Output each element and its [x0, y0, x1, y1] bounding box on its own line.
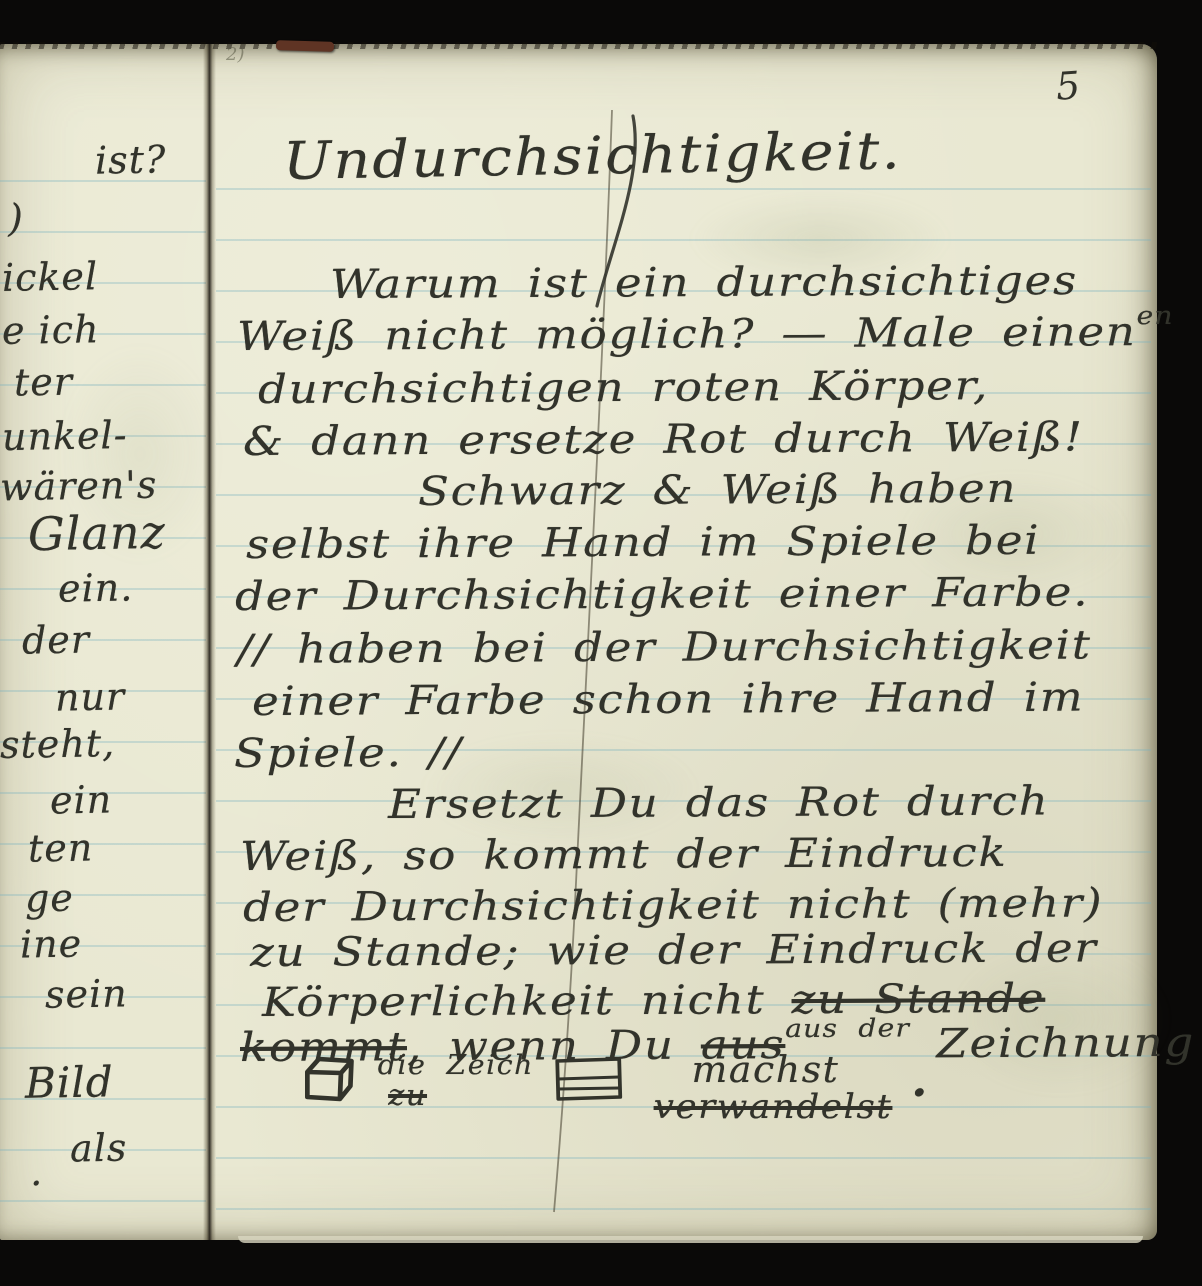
left-page-fragment: der	[22, 617, 91, 662]
handwriting-line: Ersetzt Du das Rot durch	[388, 778, 1050, 828]
handwriting-line: durchsichtigen roten Körper,	[258, 363, 989, 413]
handwriting-text: einer Farbe schon ihre Hand im	[252, 675, 1085, 725]
handwriting-line: Warum ist ein durchsichtiges	[330, 258, 1078, 308]
correction-stack: die Zeichzu	[378, 1052, 534, 1111]
left-page-fragment: Glanz	[28, 505, 167, 561]
period-mark: .	[911, 1056, 929, 1107]
handwriting-text: // haben bei der Durchsichtigkeit	[237, 622, 1092, 673]
struck-word: verwandelst	[654, 1090, 893, 1126]
correction-stack: machstverwandelst	[643, 1052, 892, 1125]
struck-word: zu	[388, 1080, 534, 1110]
left-page-fragment: ist?	[95, 137, 167, 182]
handwriting-text: Schwarz & Weiß haben	[418, 466, 1018, 515]
left-page-fragment: unkel-	[2, 413, 128, 459]
cube-sketch	[300, 1052, 359, 1104]
left-page-fragment: ickel	[2, 254, 99, 300]
handwriting-text: & dann ersetze Rot durch Weiß!	[243, 414, 1084, 465]
divided-rectangle-sketch	[553, 1052, 624, 1104]
handwriting-text: Spiele. //	[234, 730, 463, 777]
left-page-fragment: ten	[28, 825, 94, 870]
left-page-fragment: ge	[25, 876, 75, 921]
handwriting-line: Schwarz & Weiß haben	[418, 466, 1018, 515]
handwriting-text: Zeichnung	[910, 1020, 1195, 1068]
inserted-word: en	[1136, 301, 1173, 330]
handwriting-line: zu Stande; wie der Eindruck der	[250, 925, 1098, 976]
handwriting-line: Körperlichkeit nicht zu Stande	[262, 976, 1045, 1026]
left-page-fragment: ein	[50, 777, 113, 822]
left-page-fragment: e ich	[2, 307, 100, 353]
torn-top-edge	[0, 42, 1157, 49]
left-page-fragment: ine	[20, 921, 83, 966]
handwriting-line: einer Farbe schon ihre Hand im	[252, 675, 1085, 725]
handwriting-text: Ersetzt Du das Rot durch	[388, 778, 1050, 828]
page-stack-edge	[238, 1236, 1143, 1243]
left-page-fragment: als	[70, 1126, 128, 1171]
handwriting-text: durchsichtigen roten Körper,	[258, 363, 989, 413]
inserted-word: die Zeich	[378, 1052, 534, 1080]
left-page-fragment: .	[30, 1150, 44, 1194]
handwriting-line: Weiß nicht möglich? — Male einenen	[237, 309, 1174, 360]
handwriting-line: & dann ersetze Rot durch Weiß!	[243, 414, 1084, 465]
handwriting-line: selbst ihre Hand im Spiele bei	[246, 518, 1041, 568]
left-page-fragment: nur	[55, 674, 126, 719]
handwriting-text: Körperlichkeit nicht	[262, 977, 792, 1026]
left-page-fragment: ter	[14, 359, 74, 404]
left-page-fragment: wären's	[0, 463, 158, 510]
handwriting-text: der Durchsichtigkeit einer Farbe.	[235, 569, 1089, 620]
handwriting-text: Warum ist ein durchsichtiges	[330, 258, 1078, 308]
left-page-fragment: Bild	[25, 1057, 114, 1108]
handwriting-text: Weiß, so kommt der Eindruck	[240, 830, 1008, 880]
handwriting-line: der Durchsichtigkeit nicht (mehr)	[243, 880, 1104, 931]
left-page-fragment: steht,	[0, 721, 115, 767]
inserted-word: machst	[692, 1052, 893, 1090]
handwriting-line: Weiß, so kommt der Eindruck	[240, 830, 1008, 880]
manuscript-photo: { "document": { "kind": "Handwritten not…	[0, 0, 1202, 1286]
handwriting-line: Spiele. //	[234, 730, 463, 777]
page-number: 5	[1054, 63, 1081, 109]
handwriting-text: Weiß nicht möglich? — Male einen	[237, 309, 1137, 360]
handwriting-line: // haben bei der Durchsichtigkeit	[237, 622, 1092, 673]
corner-pencil-mark: 2)	[226, 44, 244, 65]
handwriting-text: zu Stande; wie der Eindruck der	[250, 925, 1098, 976]
handwriting-line: der Durchsichtigkeit einer Farbe.	[235, 569, 1089, 620]
inserted-word: aus der	[785, 1013, 910, 1043]
binding-fragment	[276, 40, 334, 52]
handwriting-text: der Durchsichtigkeit nicht (mehr)	[243, 880, 1104, 931]
left-page-fragment: sein	[45, 971, 128, 1016]
left-page-fragment: ein.	[58, 565, 134, 610]
left-page-fragment: )	[8, 196, 25, 240]
sketch-and-correction-row: die Zeichzu machstverwandelst.	[300, 1052, 929, 1125]
page-title-handwriting: Undurchsichtigkeit.	[282, 121, 902, 192]
handwriting-text: selbst ihre Hand im Spiele bei	[246, 518, 1041, 568]
page-gutter-crease	[203, 44, 216, 1240]
